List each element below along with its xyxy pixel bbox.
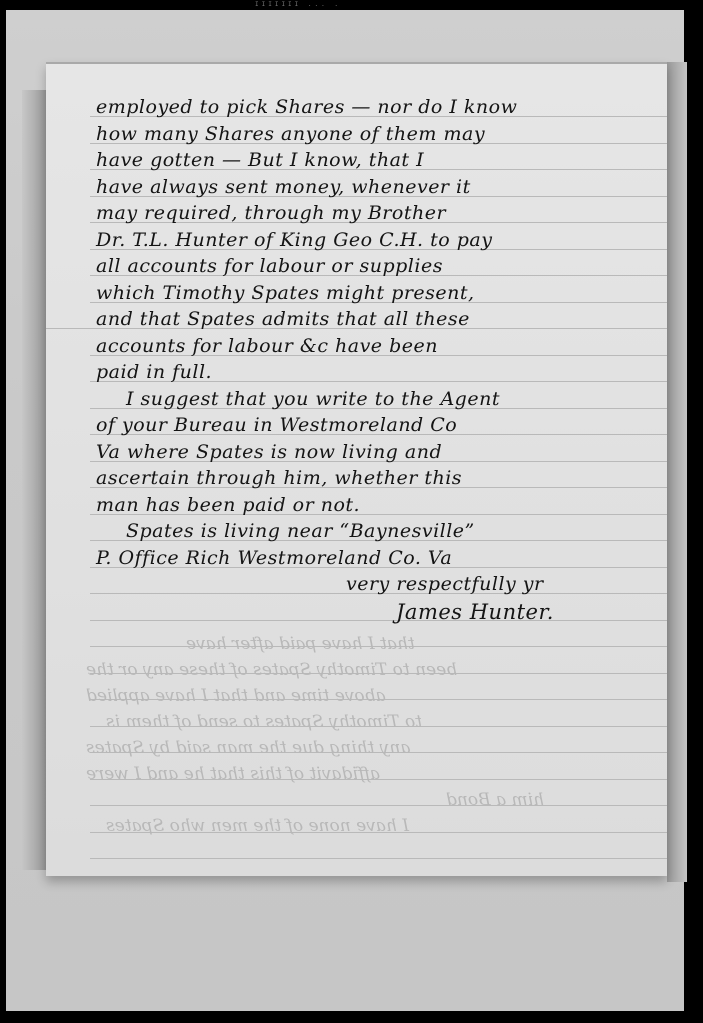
bleed-through-line: been to Timothy Spates of these any or t… bbox=[86, 660, 457, 680]
letter-line: Dr. T.L. Hunter of King Geo C.H. to pay bbox=[96, 229, 492, 251]
letter-line: ascertain through him, whether this bbox=[96, 467, 462, 489]
letter-line: accounts for labour &c have been bbox=[96, 335, 438, 357]
letter-line: have gotten — But I know, that I bbox=[96, 149, 424, 171]
bleed-through-line: above time and that I have applied bbox=[86, 686, 386, 706]
letter-line: man has been paid or not. bbox=[96, 494, 360, 516]
bleed-through-line: I have none of the men who Spates bbox=[106, 816, 409, 836]
rule-line bbox=[90, 858, 667, 859]
scan-top-strip: IIIIIII ... . bbox=[0, 0, 703, 10]
letter-line: Spates is living near “Baynesville” bbox=[126, 520, 475, 542]
bleed-through-line: to Timothy Spates to send of them is bbox=[106, 712, 422, 732]
rule-line bbox=[90, 620, 667, 621]
letter-line: which Timothy Spates might present, bbox=[96, 282, 475, 304]
bleed-through-line: any thing due the man said by Spates bbox=[86, 738, 410, 758]
letter-line: P. Office Rich Westmoreland Co. Va bbox=[96, 547, 452, 569]
letter-line: and that Spates admits that all these bbox=[96, 308, 470, 330]
letter-line: how many Shares anyone of them may bbox=[96, 123, 485, 145]
letter-line: all accounts for labour or supplies bbox=[96, 255, 443, 277]
bleed-through-line: him a Bond bbox=[446, 790, 544, 810]
paper-top-edge bbox=[46, 62, 667, 64]
letter-line: of your Bureau in Westmoreland Co bbox=[96, 414, 457, 436]
bleed-through-line: that I have paid after have bbox=[186, 634, 415, 654]
letter-line: Va where Spates is now living and bbox=[96, 441, 442, 463]
rule-line bbox=[90, 805, 667, 806]
letter-line: employed to pick Shares — nor do I know bbox=[96, 96, 517, 118]
bleed-through-line: affidavit of this that he and I were bbox=[86, 764, 380, 784]
letter-line: have always sent money, whenever it bbox=[96, 176, 471, 198]
letter-line: I suggest that you write to the Agent bbox=[126, 388, 500, 410]
letter-signature: James Hunter. bbox=[396, 600, 554, 624]
microfilm-frame-marks: IIIIIII ... . bbox=[255, 1, 341, 8]
letter-page: that I have paid after have been to Timo… bbox=[46, 62, 667, 876]
letter-closing: very respectfully yr bbox=[346, 573, 544, 595]
letter-line: paid in full. bbox=[96, 361, 212, 383]
paper-shadow-left bbox=[22, 90, 46, 870]
letter-line: may required, through my Brother bbox=[96, 202, 446, 224]
paper-shadow-right bbox=[667, 62, 687, 882]
